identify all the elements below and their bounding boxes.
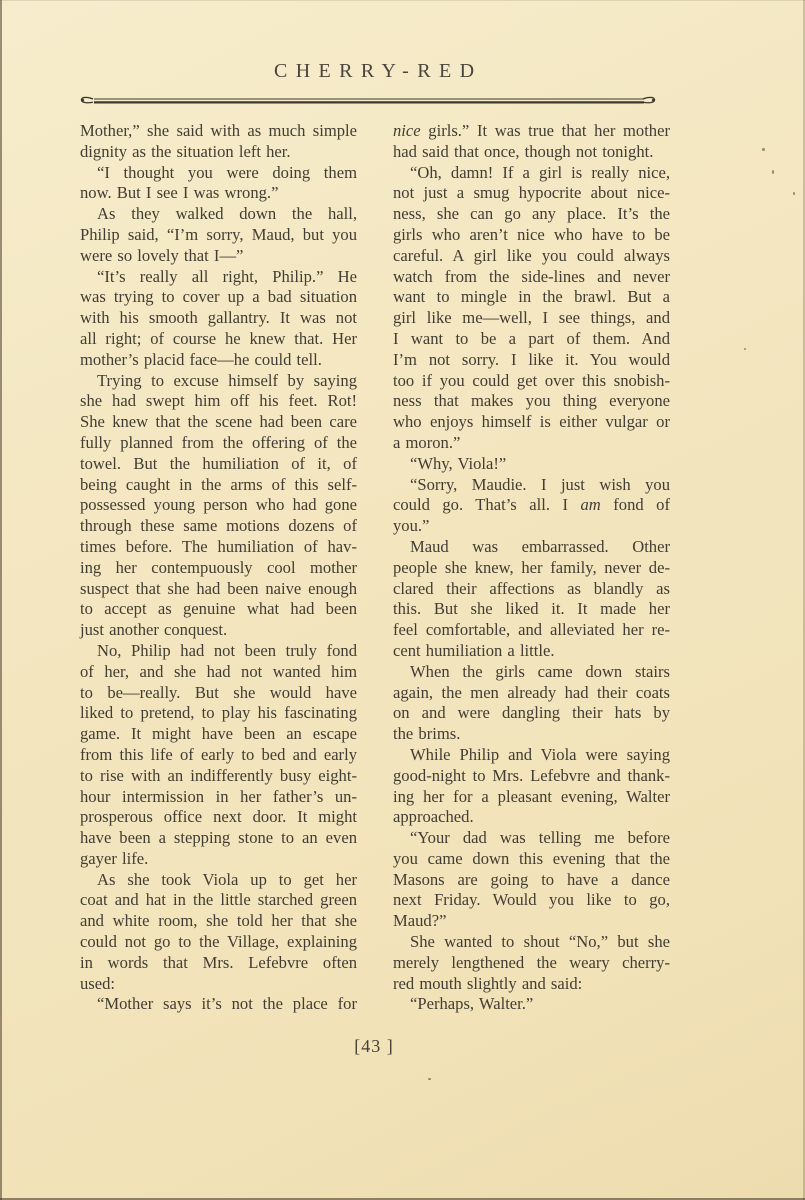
text-line: next Friday. Would you like to go,: [393, 890, 670, 911]
text-line: towel. But the humiliation of it, of: [80, 454, 357, 475]
text-line: I want to be a part of them. And: [393, 329, 670, 350]
paragraph: “Mother says it’s not the place for: [80, 994, 357, 1015]
text-line: she had swept him off his feet. Rot!: [80, 391, 357, 412]
text-line: were so lovely that I—”: [80, 246, 357, 267]
text-line: red mouth slightly and said:: [393, 974, 670, 995]
decorative-rule: [78, 95, 658, 107]
text-line: in words that Mrs. Lefebvre often: [80, 953, 357, 974]
text-line: “Oh, damn! If a girl is really nice,: [393, 163, 670, 184]
text-line: hour intermission in her father’s un-: [80, 787, 357, 808]
text-line: to be—really. But she would have: [80, 683, 357, 704]
text-line: the brims.: [393, 724, 670, 745]
text-line: While Philip and Viola were saying: [393, 745, 670, 766]
text-line: “Perhaps, Walter.”: [393, 994, 670, 1015]
paragraph: nice girls.” It was true that her mother…: [393, 121, 670, 163]
text-line: coat and hat in the little starched gree…: [80, 890, 357, 911]
text-line: a moron.”: [393, 433, 670, 454]
paragraph: “Perhaps, Walter.”: [393, 994, 670, 1015]
text-line: approached.: [393, 807, 670, 828]
paragraph: Trying to excuse himself by sayingshe ha…: [80, 371, 357, 641]
text-line: “Mother says it’s not the place for: [80, 994, 357, 1015]
text-line: you came down this evening that the: [393, 849, 670, 870]
book-page: CHERRY-RED Mother,” she said with as muc…: [0, 0, 805, 1200]
text-line: clared their affections as blandly as: [393, 579, 670, 600]
paper-speck: [772, 170, 774, 174]
text-line: too if you could get over this snobish-: [393, 371, 670, 392]
rule-lines: [78, 95, 658, 107]
text-line: people she knew, her family, never de-: [393, 558, 670, 579]
paragraph: “It’s really all right, Philip.” Hewas t…: [80, 267, 357, 371]
paper-speck: [762, 148, 765, 151]
paragraph: “Oh, damn! If a girl is really nice,not …: [393, 163, 670, 454]
text-line: who enjoys himself is either vulgar or: [393, 412, 670, 433]
text-line: times before. The humiliation of hav-: [80, 537, 357, 558]
text-line: suspect that she had been naive enough: [80, 579, 357, 600]
paper-speck: [744, 348, 746, 350]
paper-speck: [793, 192, 795, 195]
paragraph: While Philip and Viola were sayinggood-n…: [393, 745, 670, 828]
paragraph: “Why, Viola!”: [393, 454, 670, 475]
text-line: merely lengthened the weary cherry-: [393, 953, 670, 974]
paragraph: “Sorry, Maudie. I just wish youcould go.…: [393, 475, 670, 537]
text-line: “Sorry, Maudie. I just wish you: [393, 475, 670, 496]
running-head-title: CHERRY-RED: [80, 60, 668, 83]
text-line: just another conquest.: [80, 620, 357, 641]
text-line: now. But I see I was wrong.”: [80, 183, 357, 204]
text-line: you.”: [393, 516, 670, 537]
text-line: ing her contempuously cool mother: [80, 558, 357, 579]
text-line: was trying to cover up a bad situation: [80, 287, 357, 308]
page-number: [43 ]: [80, 1036, 668, 1057]
text-line: Maud was embarrassed. Other: [393, 537, 670, 558]
text-line: and white room, she told her that she: [80, 911, 357, 932]
text-line: nice girls.” It was true that her mother: [393, 121, 670, 142]
text-line: with his smooth gallantry. It was not: [80, 308, 357, 329]
text-line: “It’s really all right, Philip.” He: [80, 267, 357, 288]
text-line: As she took Viola up to get her: [80, 870, 357, 891]
scan-edge: [0, 0, 805, 1]
text-line: to rise with an indifferently busy eight…: [80, 766, 357, 787]
text-column: Mother,” she said with as much simpledig…: [80, 121, 357, 1015]
text-line: Philip said, “I’m sorry, Maud, but you: [80, 225, 357, 246]
text-line: gayer life.: [80, 849, 357, 870]
text-line: could not go to the Village, explaining: [80, 932, 357, 953]
text-line: dignity as the situation left her.: [80, 142, 357, 163]
text-line: She wanted to shout “No,” but she: [393, 932, 670, 953]
text-line: liked to pretend, to play his fascinatin…: [80, 703, 357, 724]
text-line: girls who aren’t nice who have to be: [393, 225, 670, 246]
paragraph: As they walked down the hall,Philip said…: [80, 204, 357, 266]
text-line: “I thought you were doing them: [80, 163, 357, 184]
text-line: possessed young person who had gone: [80, 495, 357, 516]
text-line: used:: [80, 974, 357, 995]
text-line: Masons are going to have a dance: [393, 870, 670, 891]
text-line: cent humiliation a little.: [393, 641, 670, 662]
text-line: want to mingle in the brawl. But a: [393, 287, 670, 308]
text-line: ness, she can go any place. It’s the: [393, 204, 670, 225]
text-line: through these same motions dozens of: [80, 516, 357, 537]
paper-speck: [428, 1078, 431, 1080]
text-line: Mother,” she said with as much simple: [80, 121, 357, 142]
text-line: careful. A girl like you could always: [393, 246, 670, 267]
text-line: feel comfortable, and alleviated her re-: [393, 620, 670, 641]
text-line: all right; of course he knew that. Her: [80, 329, 357, 350]
text-line: ness that makes you thing everyone: [393, 391, 670, 412]
text-line: mother’s placid face—he could tell.: [80, 350, 357, 371]
text-line: “Why, Viola!”: [393, 454, 670, 475]
text-line: on and were dangling their hats by: [393, 703, 670, 724]
text-line: girl like me—well, I see things, and: [393, 308, 670, 329]
text-line: ing her for a pleasant evening, Walter: [393, 787, 670, 808]
text-line: being caught in the arms of this self-: [80, 475, 357, 496]
text-line: to accept as genuine what had been: [80, 599, 357, 620]
text-line: fully planned from the offering of the: [80, 433, 357, 454]
text-line: again, the men already had their coats: [393, 683, 670, 704]
text-column: nice girls.” It was true that her mother…: [393, 121, 670, 1015]
paragraph: Maud was embarrassed. Otherpeople she kn…: [393, 537, 670, 662]
text-line: prosperous office next door. It might: [80, 807, 357, 828]
paragraph: When the girls came down stairsagain, th…: [393, 662, 670, 745]
text-line: have been a stepping stone to an even: [80, 828, 357, 849]
paragraph: “I thought you were doing themnow. But I…: [80, 163, 357, 205]
text-line: good-night to Mrs. Lefebvre and thank-: [393, 766, 670, 787]
text-line: from this life of early to bed and early: [80, 745, 357, 766]
text-line: watch from the side-lines and never: [393, 267, 670, 288]
text-line: She knew that the scene had been care: [80, 412, 357, 433]
text-line: had said that once, though not tonight.: [393, 142, 670, 163]
paragraph: “Your dad was telling me beforeyou came …: [393, 828, 670, 932]
text-line: When the girls came down stairs: [393, 662, 670, 683]
text-line: Trying to excuse himself by saying: [80, 371, 357, 392]
text-line: As they walked down the hall,: [80, 204, 357, 225]
text-line: this. But she liked it. It made her: [393, 599, 670, 620]
text-line: No, Philip had not been truly fond: [80, 641, 357, 662]
paragraph: No, Philip had not been truly fondof her…: [80, 641, 357, 870]
text-line: Maud?”: [393, 911, 670, 932]
text-line: not just a smug hypocrite about nice-: [393, 183, 670, 204]
text-line: “Your dad was telling me before: [393, 828, 670, 849]
text-line: could go. That’s all. I am fond of: [393, 495, 670, 516]
paragraph: She wanted to shout “No,” but shemerely …: [393, 932, 670, 994]
paragraph: As she took Viola up to get hercoat and …: [80, 870, 357, 995]
paragraph: Mother,” she said with as much simpledig…: [80, 121, 357, 163]
text-line: game. It might have been an escape: [80, 724, 357, 745]
text-line: I’m not sorry. I like it. You would: [393, 350, 670, 371]
text-line: of her, and she had not wanted him: [80, 662, 357, 683]
scan-edge: [0, 0, 2, 1200]
